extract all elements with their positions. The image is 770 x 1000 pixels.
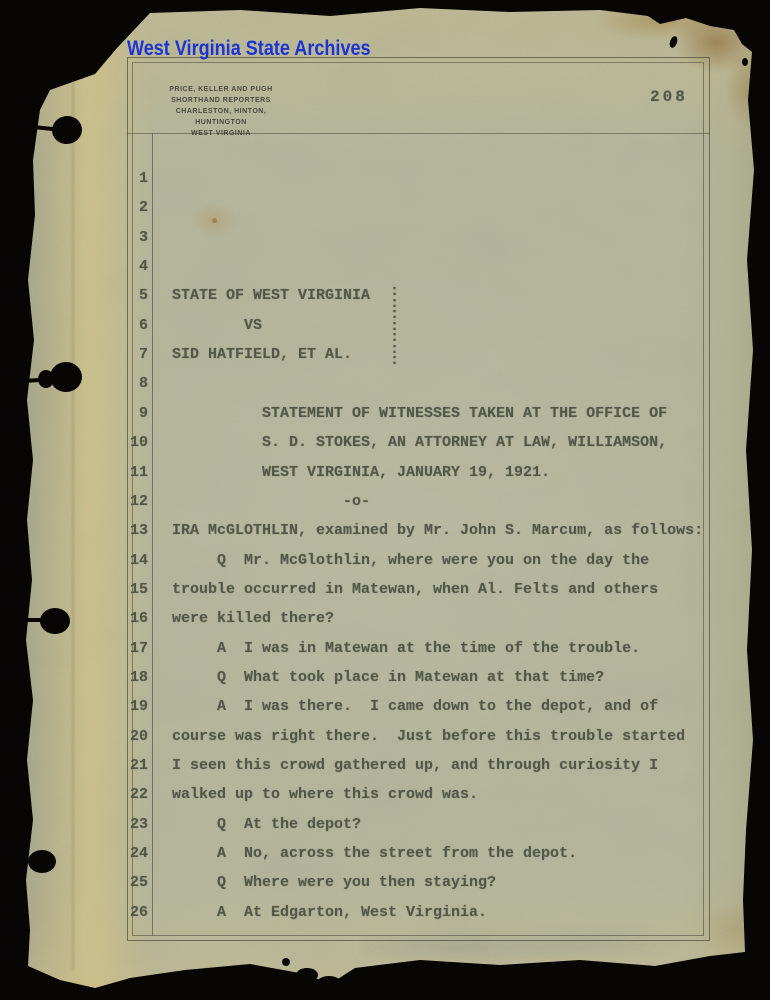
letterhead-line-1: PRICE, KELLER AND PUGH: [153, 84, 289, 95]
line-number-8: 8: [122, 375, 148, 391]
transcript-line-24: A No, across the street from the depot.: [172, 845, 577, 861]
transcript-line-17: A I was in Matewan at the time of the tr…: [172, 640, 640, 656]
line-number-26: 26: [122, 904, 148, 920]
line-number-7: 7: [122, 346, 148, 362]
line-number-14: 14: [122, 552, 148, 568]
transcript-line-9: STATEMENT OF WITNESSES TAKEN AT THE OFFI…: [172, 405, 667, 421]
document-page: West Virginia State Archives PRICE, KELL…: [0, 0, 770, 1000]
line-number-2: 2: [122, 199, 148, 215]
transcript-line-22: walked up to where this crowd was.: [172, 786, 478, 802]
transcript-line-26: A At Edgarton, West Virginia.: [172, 904, 487, 920]
transcript-line-21: I seen this crowd gathered up, and throu…: [172, 757, 658, 773]
punch-hole-4: [28, 850, 56, 873]
transcript-line-16: were killed there?: [172, 610, 334, 626]
transcript-line-14: Q Mr. McGlothlin, where were you on the …: [172, 552, 649, 568]
edge-speck-3: [296, 968, 318, 982]
line-number-19: 19: [122, 698, 148, 714]
transcript-line-7: SID HATFIELD, ET AL.: [172, 346, 352, 362]
line-number-3: 3: [122, 229, 148, 245]
transcript-line-19: A I was there. I came down to the depot,…: [172, 698, 658, 714]
transcript-line-5: STATE OF WEST VIRGINIA: [172, 287, 370, 303]
page-number: 208: [650, 88, 688, 106]
transcript-line-25: Q Where were you then staying?: [172, 874, 496, 890]
transcript-line-18: Q What took place in Matewan at that tim…: [172, 669, 604, 685]
line-number-22: 22: [122, 786, 148, 802]
caption-colon-column: : : : : : : :: [390, 286, 399, 367]
edge-speck-5: [282, 958, 290, 966]
transcript-line-23: Q At the depot?: [172, 816, 361, 832]
line-number-5: 5: [122, 287, 148, 303]
line-number-4: 4: [122, 258, 148, 274]
archive-watermark: West Virginia State Archives: [127, 37, 371, 61]
scan-background: West Virginia State Archives PRICE, KELL…: [0, 0, 770, 1000]
line-number-21: 21: [122, 757, 148, 773]
line-number-18: 18: [122, 669, 148, 685]
letterhead-line-3: CHARLESTON, HINTON, HUNTINGTON: [153, 106, 289, 128]
line-number-16: 16: [122, 610, 148, 626]
transcript-line-12: -o-: [172, 493, 370, 509]
rust-spot: [212, 218, 217, 223]
line-number-12: 12: [122, 493, 148, 509]
letterhead: PRICE, KELLER AND PUGH SHORTHAND REPORTE…: [153, 84, 289, 139]
transcript-line-15: trouble occurred in Matewan, when Al. Fe…: [172, 581, 658, 597]
transcript-line-11: WEST VIRGINIA, JANUARY 19, 1921.: [172, 464, 550, 480]
transcript-line-20: course was right there. Just before this…: [172, 728, 685, 744]
edge-speck-2: [742, 58, 748, 66]
line-number-15: 15: [122, 581, 148, 597]
punch-hole-2: [50, 362, 82, 392]
line-number-9: 9: [122, 405, 148, 421]
line-number-17: 17: [122, 640, 148, 656]
line-number-11: 11: [122, 464, 148, 480]
line-number-10: 10: [122, 434, 148, 450]
line-number-20: 20: [122, 728, 148, 744]
transcript-line-13: IRA McGLOTHLIN, examined by Mr. John S. …: [172, 522, 703, 538]
line-number-23: 23: [122, 816, 148, 832]
line-number-6: 6: [122, 317, 148, 333]
line-number-1: 1: [122, 170, 148, 186]
line-number-25: 25: [122, 874, 148, 890]
line-number-rule: [152, 133, 153, 936]
line-number-24: 24: [122, 845, 148, 861]
edge-speck-4: [316, 976, 342, 992]
tear-line-3: [22, 618, 46, 622]
fold-highlight: [72, 70, 76, 970]
transcript-line-6: VS: [172, 317, 262, 333]
letterhead-line-2: SHORTHAND REPORTERS: [153, 95, 289, 106]
letterhead-line-4: WEST VIRGINIA: [153, 128, 289, 139]
transcript-line-10: S. D. STOKES, AN ATTORNEY AT LAW, WILLIA…: [172, 434, 667, 450]
line-number-13: 13: [122, 522, 148, 538]
tear-line-4: [16, 858, 34, 861]
